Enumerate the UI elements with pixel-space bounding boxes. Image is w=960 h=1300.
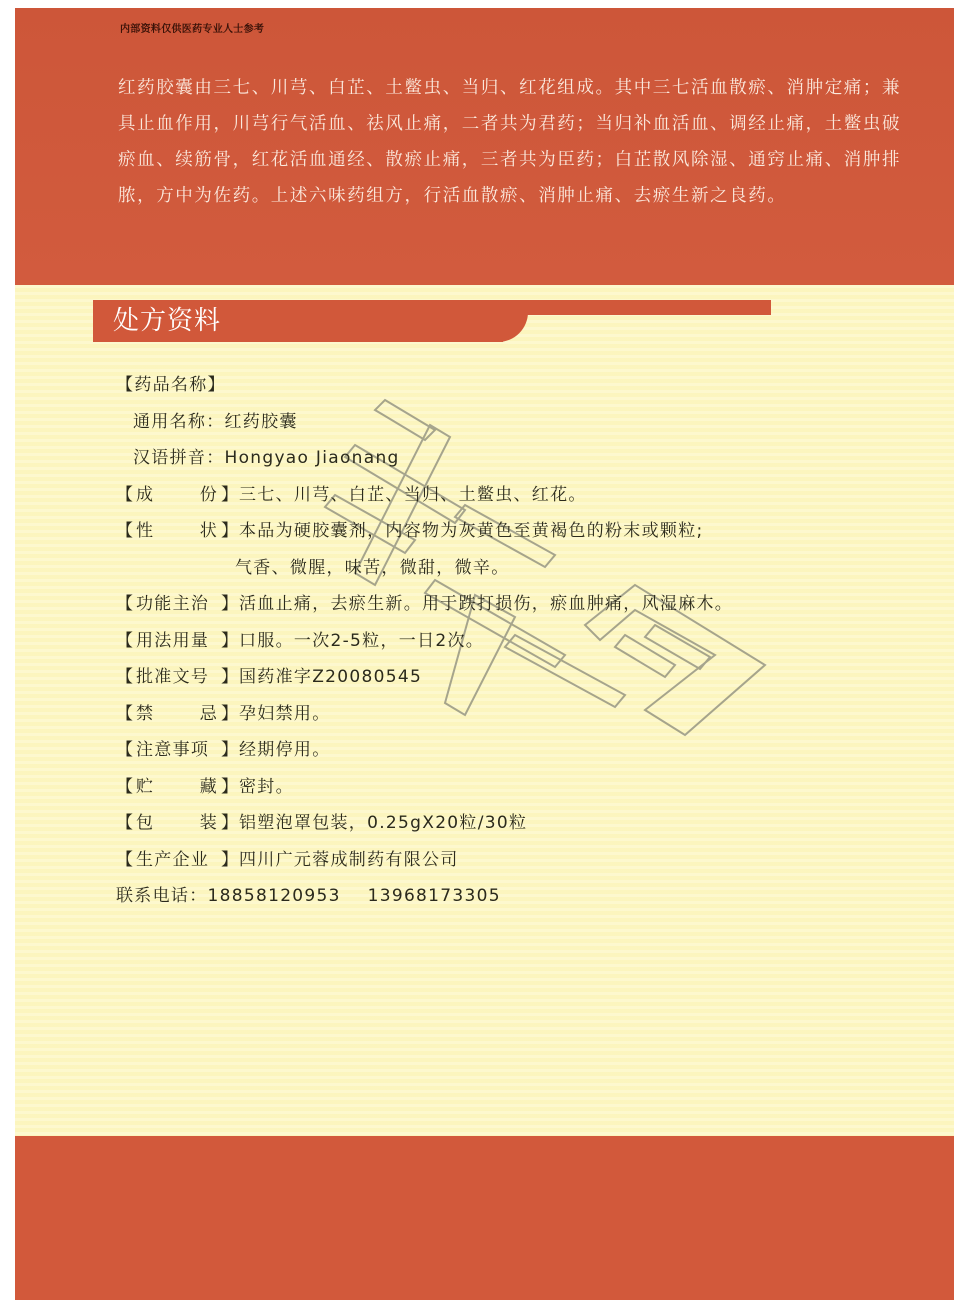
spec-ingredients: 【成份】 三七、川芎、白芷、当归、土鳖虫、红花。: [116, 477, 876, 514]
internal-notice: 内部资料仅供医药专业人士参考: [120, 20, 264, 35]
spec-value: 国药准字Z20080545: [238, 659, 422, 696]
spec-label: 【注意事项】: [116, 732, 238, 769]
spec-description-continued: 气香、微腥，味苦，微甜，微辛。: [116, 550, 876, 587]
spec-value: 铝塑泡罩包装，0.25gX20粒/30粒: [238, 805, 527, 842]
spec-value: 孕妇禁用。: [238, 696, 331, 733]
spec-value: 本品为硬胶囊剂，内容物为灰黄色至黄褐色的粉末或颗粒;: [238, 513, 704, 550]
spec-generic-name: 通用名称： 红药胶囊: [116, 404, 876, 441]
spec-packaging: 【包装】 铝塑泡罩包装，0.25gX20粒/30粒: [116, 805, 876, 842]
spec-value: 四川广元蓉成制药有限公司: [238, 842, 459, 879]
prescription-panel: 处方资料 【药品名称】 通用名称： 红药: [15, 285, 954, 1136]
banner-curve: [498, 312, 528, 342]
spec-label: 【成份】: [116, 477, 238, 514]
spec-label: 【贮藏】: [116, 769, 238, 806]
spec-manufacturer: 【生产企业】 四川广元蓉成制药有限公司: [116, 842, 876, 879]
spec-indications: 【功能主治】 活血止痛，去瘀生新。用于跌打损伤，瘀血肿痛，风湿麻木。: [116, 586, 876, 623]
spec-storage: 【贮藏】 密封。: [116, 769, 876, 806]
spec-label: 【禁忌】: [116, 696, 238, 733]
spec-precautions: 【注意事项】 经期停用。: [116, 732, 876, 769]
spec-pinyin: 汉语拼音： Hongyao Jiaonang: [116, 440, 876, 477]
spec-label: 【性状】: [116, 513, 238, 550]
spec-label: 【批准文号】: [116, 659, 238, 696]
spec-dosage: 【用法用量】 口服。一次2-5粒，一日2次。: [116, 623, 876, 660]
footer-band: [15, 1136, 954, 1300]
spec-heading-drug-name: 【药品名称】: [116, 367, 876, 404]
spec-value: 口服。一次2-5粒，一日2次。: [238, 623, 484, 660]
contact-phone: 联系电话： 18858120953 13968173305: [116, 878, 876, 915]
brochure-page: 内部资料仅供医药专业人士参考 红药胶囊由三七、川芎、白芷、土鳖虫、当归、红花组成…: [15, 8, 954, 1300]
spec-label: 【用法用量】: [116, 623, 238, 660]
spec-value: 三七、川芎、白芷、当归、土鳖虫、红花。: [238, 477, 587, 514]
spec-description: 【性状】 本品为硬胶囊剂，内容物为灰黄色至黄褐色的粉末或颗粒;: [116, 513, 876, 550]
spec-label: 通用名称：: [133, 404, 225, 441]
spec-approval-number: 【批准文号】 国药准字Z20080545: [116, 659, 876, 696]
section-title: 处方资料: [113, 303, 221, 339]
spec-value: 经期停用。: [238, 732, 331, 769]
section-banner: 处方资料: [93, 300, 771, 343]
spec-value: 红药胶囊: [225, 404, 298, 441]
spec-value: Hongyao Jiaonang: [225, 440, 400, 477]
contact-phones: 18858120953 13968173305: [208, 878, 501, 915]
spec-label: 【包装】: [116, 805, 238, 842]
contact-label: 联系电话：: [116, 878, 208, 915]
spec-value: 密封。: [238, 769, 294, 806]
spec-value: 气香、微腥，味苦，微甜，微辛。: [235, 550, 510, 587]
intro-paragraph: 红药胶囊由三七、川芎、白芷、土鳖虫、当归、红花组成。其中三七活血散瘀、消肿定痛；…: [118, 70, 918, 214]
spec-contraindications: 【禁忌】 孕妇禁用。: [116, 696, 876, 733]
specs-list: 【药品名称】 通用名称： 红药胶囊 汉语拼音： Hongyao Jiaonang…: [116, 367, 876, 915]
spec-label: 【功能主治】: [116, 586, 238, 623]
spec-label: 【生产企业】: [116, 842, 238, 879]
intro-band: 内部资料仅供医药专业人士参考 红药胶囊由三七、川芎、白芷、土鳖虫、当归、红花组成…: [15, 8, 954, 285]
spec-label: 汉语拼音：: [133, 440, 225, 477]
spec-value: 活血止痛，去瘀生新。用于跌打损伤，瘀血肿痛，风湿麻木。: [238, 586, 733, 623]
